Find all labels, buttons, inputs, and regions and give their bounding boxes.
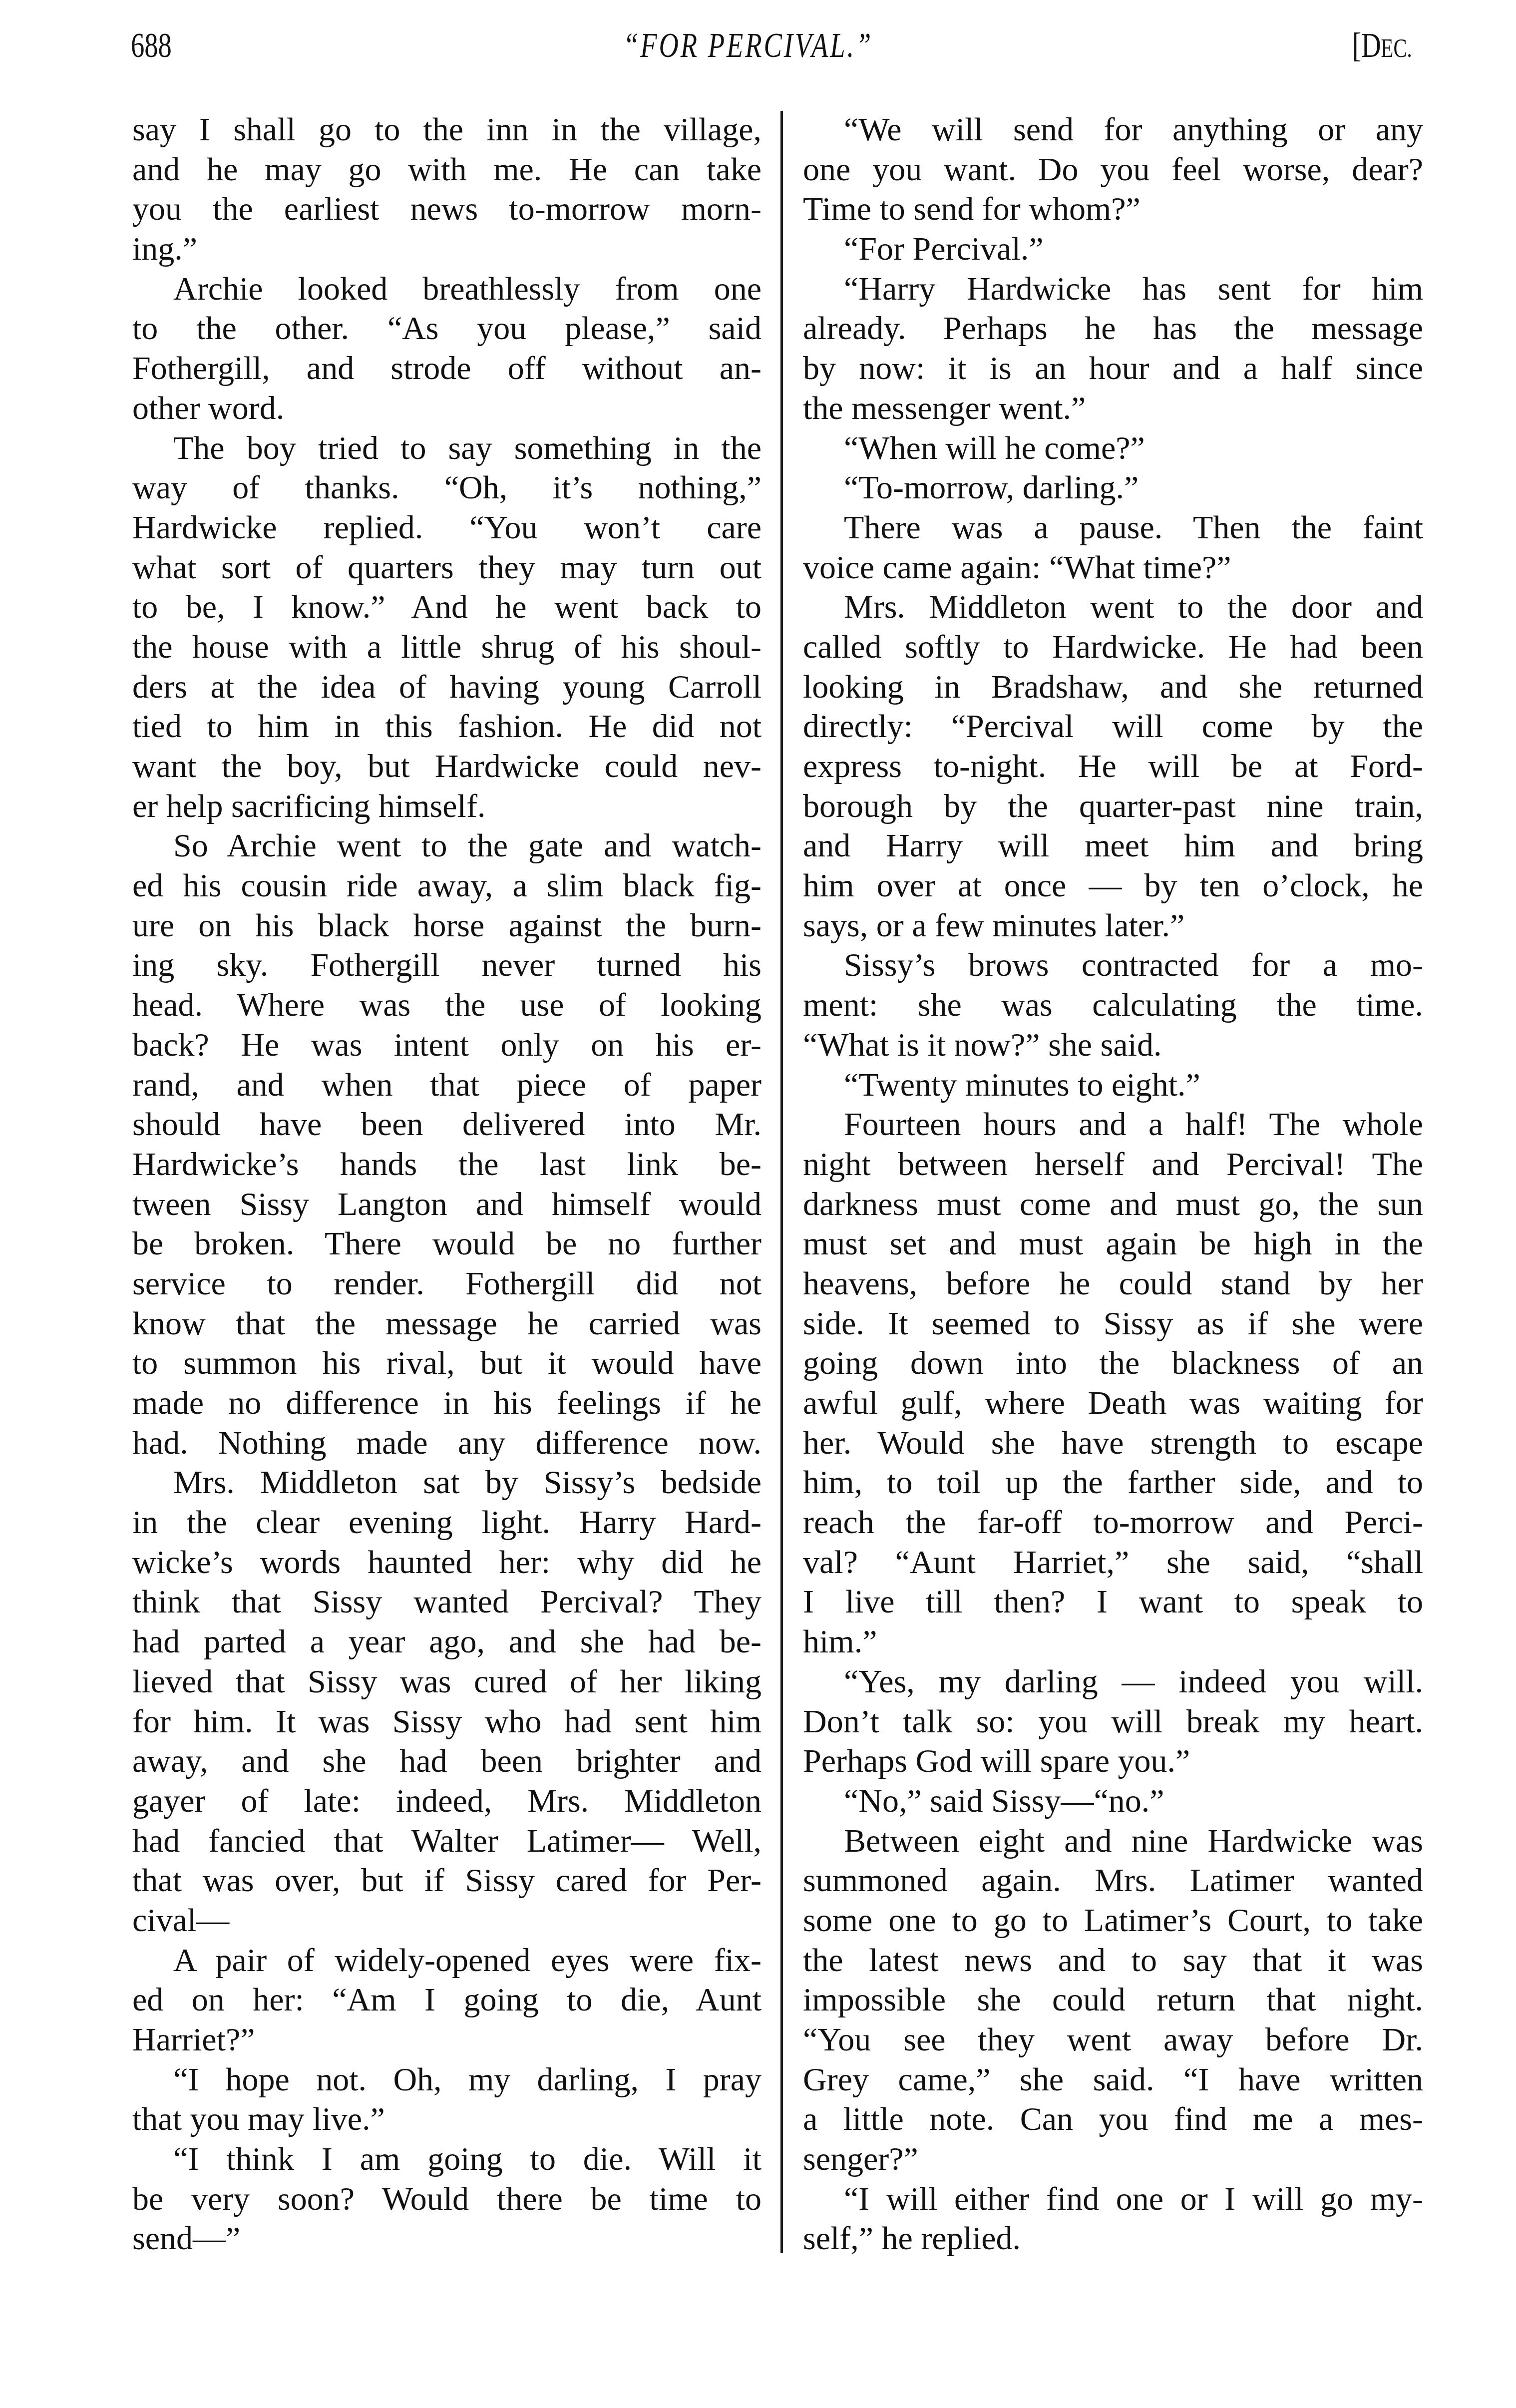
text-line: him over at once — by ten o’clock, he — [803, 866, 1423, 906]
text-line: The boy tried to say something in the — [132, 428, 761, 468]
text-line: made no difference in his feelings if he — [132, 1383, 761, 1423]
text-line: Between eight and nine Hardwicke was — [803, 1821, 1423, 1861]
text-line: to the other. “As you please,” said — [132, 309, 761, 349]
text-line: “Twenty minutes to eight.” — [803, 1065, 1423, 1105]
text-line: Archie looked breathlessly from one — [132, 269, 761, 309]
text-line: “No,” said Sissy—“no.” — [803, 1781, 1423, 1821]
text-line: ders at the idea of having young Carroll — [132, 667, 761, 707]
text-line: Hardwicke’s hands the last link be- — [132, 1145, 761, 1185]
text-line: way of thanks. “Oh, it’s nothing,” — [132, 468, 761, 508]
text-line: be very soon? Would there be time to — [132, 2179, 761, 2219]
month-marker: [DEC. — [1352, 26, 1412, 69]
text-line: heavens, before he could stand by her — [803, 1264, 1423, 1304]
text-line: the latest news and to say that it was — [803, 1941, 1423, 1981]
text-line: night between herself and Percival! The — [803, 1145, 1423, 1185]
text-line: head. Where was the use of looking — [132, 985, 761, 1025]
text-line: says, or a few minutes later.” — [803, 906, 1423, 946]
text-line: away, and she had been brighter and — [132, 1741, 761, 1781]
running-title: “FOR PERCIVAL.” — [623, 26, 873, 66]
text-line: “I will either find one or I will go my- — [803, 2179, 1423, 2219]
text-line: ed his cousin ride away, a slim black fi… — [132, 866, 761, 906]
text-line: Mrs. Middleton went to the door and — [803, 587, 1423, 627]
text-line: directly: “Percival will come by the — [803, 707, 1423, 747]
text-line: Time to send for whom?” — [803, 189, 1423, 229]
text-line: “Harry Hardwicke has sent for him — [803, 269, 1423, 309]
month-bracket: [ — [1352, 26, 1361, 65]
text-line: lieved that Sissy was cured of her likin… — [132, 1662, 761, 1702]
text-line: by now: it is an hour and a half since — [803, 349, 1423, 389]
text-line: borough by the quarter-past nine train, — [803, 787, 1423, 826]
text-line: voice came again: “What time?” — [803, 548, 1423, 588]
text-line: reach the far-off to-morrow and Perci- — [803, 1503, 1423, 1543]
text-line: ure on his black horse against the burn- — [132, 906, 761, 946]
text-line: awful gulf, where Death was waiting for — [803, 1383, 1423, 1423]
text-line: Fothergill, and strode off without an- — [132, 349, 761, 389]
text-line: gayer of late: indeed, Mrs. Middleton — [132, 1781, 761, 1821]
text-line: summoned again. Mrs. Latimer wanted — [803, 1861, 1423, 1901]
text-line: and he may go with me. He can take — [132, 150, 761, 190]
text-line: that was over, but if Sissy cared for Pe… — [132, 1861, 761, 1901]
text-line: should have been delivered into Mr. — [132, 1105, 761, 1145]
text-line: what sort of quarters they may turn out — [132, 548, 761, 588]
text-line: already. Perhaps he has the message — [803, 309, 1423, 349]
text-line: one you want. Do you feel worse, dear? — [803, 150, 1423, 190]
text-line: a little note. Can you find me a mes- — [803, 2099, 1423, 2139]
text-line: darkness must come and must go, the sun — [803, 1185, 1423, 1224]
text-line: tied to him in this fashion. He did not — [132, 707, 761, 747]
text-line: Fourteen hours and a half! The whole — [803, 1105, 1423, 1145]
text-line: er help sacrificing himself. — [132, 787, 761, 826]
text-line: the house with a little shrug of his sho… — [132, 627, 761, 667]
text-line: There was a pause. Then the faint — [803, 508, 1423, 548]
text-line: val? “Aunt Harriet,” she said, “shall — [803, 1543, 1423, 1583]
text-line: Mrs. Middleton sat by Sissy’s bedside — [132, 1463, 761, 1503]
text-line: think that Sissy wanted Percival? They — [132, 1582, 761, 1622]
text-line: called softly to Hardwicke. He had been — [803, 627, 1423, 667]
text-line: “I hope not. Oh, my darling, I pray — [132, 2060, 761, 2100]
text-line: tween Sissy Langton and himself would — [132, 1185, 761, 1224]
text-line: and Harry will meet him and bring — [803, 826, 1423, 866]
left-column: say I shall go to the inn in the village… — [132, 110, 761, 2259]
text-line: ment: she was calculating the time. — [803, 985, 1423, 1025]
page-number: 688 — [131, 26, 172, 66]
text-line: for him. It was Sissy who had sent him — [132, 1702, 761, 1742]
text-line: “When will he come?” — [803, 428, 1423, 468]
text-line: had. Nothing made any difference now. — [132, 1423, 761, 1463]
text-line: ed on her: “Am I going to die, Aunt — [132, 1980, 761, 2020]
text-line: ing.” — [132, 229, 761, 269]
text-line: impossible she could return that night. — [803, 1980, 1423, 2020]
text-line: side. It seemed to Sissy as if she were — [803, 1304, 1423, 1344]
month-initial: D — [1361, 26, 1381, 65]
right-column: “We will send for anything or anyone you… — [803, 110, 1423, 2259]
text-line: to summon his rival, but it would have — [132, 1343, 761, 1383]
text-line: “What is it now?” she said. — [803, 1025, 1423, 1065]
text-line: him, to toil up the farther side, and to — [803, 1463, 1423, 1503]
text-line: “We will send for anything or any — [803, 110, 1423, 150]
text-line: looking in Bradshaw, and she returned — [803, 667, 1423, 707]
text-line: that you may live.” — [132, 2099, 761, 2139]
text-line: rand, and when that piece of paper — [132, 1065, 761, 1105]
text-line: Sissy’s brows contracted for a mo- — [803, 945, 1423, 985]
text-line: Grey came,” she said. “I have written — [803, 2060, 1423, 2100]
text-line: to be, I know.” And he went back to — [132, 587, 761, 627]
text-line: say I shall go to the inn in the village… — [132, 110, 761, 150]
text-line: some one to go to Latimer’s Court, to ta… — [803, 1901, 1423, 1941]
text-line: Harriet?” — [132, 2020, 761, 2060]
text-line: going down into the blackness of an — [803, 1343, 1423, 1383]
month-rest: EC. — [1381, 34, 1412, 63]
text-line: other word. — [132, 389, 761, 428]
text-line: A pair of widely-opened eyes were fix- — [132, 1941, 761, 1981]
text-line: self,” he replied. — [803, 2219, 1423, 2259]
text-line: Hardwicke replied. “You won’t care — [132, 508, 761, 548]
page-header: 688 “FOR PERCIVAL.” [DEC. — [0, 0, 1516, 80]
text-line: you the earliest news to-morrow morn- — [132, 189, 761, 229]
text-line: must set and must again be high in the — [803, 1224, 1423, 1264]
text-line: the messenger went.” — [803, 389, 1423, 428]
text-line: “To-morrow, darling.” — [803, 468, 1423, 508]
text-line: in the clear evening light. Harry Hard- — [132, 1503, 761, 1543]
column-divider — [780, 111, 783, 2253]
text-line: back? He was intent only on his er- — [132, 1025, 761, 1065]
text-line: want the boy, but Hardwicke could nev- — [132, 747, 761, 787]
text-line: “You see they went away before Dr. — [803, 2020, 1423, 2060]
text-line: “For Percival.” — [803, 229, 1423, 269]
text-line: had parted a year ago, and she had be- — [132, 1622, 761, 1662]
text-line: “Yes, my darling — indeed you will. — [803, 1662, 1423, 1702]
text-line: service to render. Fothergill did not — [132, 1264, 761, 1304]
text-line: I live till then? I want to speak to — [803, 1582, 1423, 1622]
text-line: wicke’s words haunted her: why did he — [132, 1543, 761, 1583]
text-line: him.” — [803, 1622, 1423, 1662]
text-line: be broken. There would be no further — [132, 1224, 761, 1264]
text-line: express to-night. He will be at Ford- — [803, 747, 1423, 787]
text-line: had fancied that Walter Latimer— Well, — [132, 1821, 761, 1861]
text-line: know that the message he carried was — [132, 1304, 761, 1344]
text-line: send—” — [132, 2219, 761, 2259]
text-line: “I think I am going to die. Will it — [132, 2139, 761, 2179]
text-line: Don’t talk so: you will break my heart. — [803, 1702, 1423, 1742]
text-line: cival— — [132, 1901, 761, 1941]
text-line: her. Would she have strength to escape — [803, 1423, 1423, 1463]
text-line: So Archie went to the gate and watch- — [132, 826, 761, 866]
text-line: ing sky. Fothergill never turned his — [132, 945, 761, 985]
text-line: Perhaps God will spare you.” — [803, 1741, 1423, 1781]
text-line: senger?” — [803, 2139, 1423, 2179]
